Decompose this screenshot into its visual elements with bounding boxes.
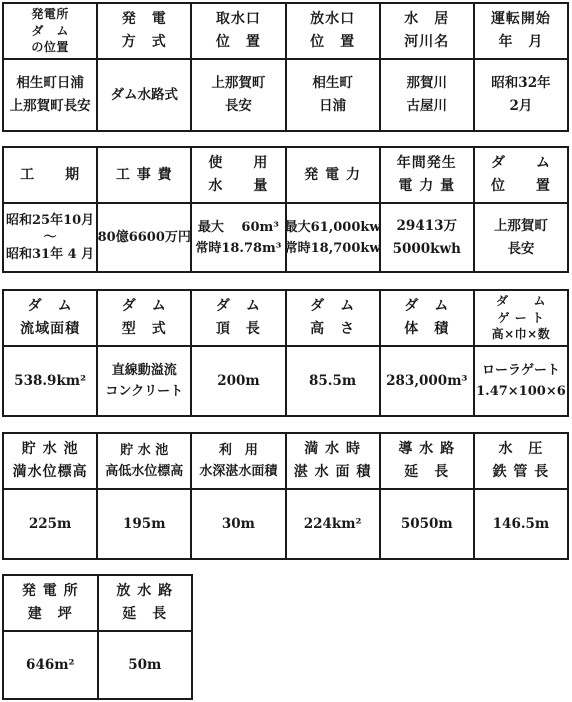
value-cell-dam-height: 85.5m bbox=[287, 347, 379, 415]
column: 水 圧鉄 管 長 146.5m bbox=[475, 434, 567, 558]
header-cell-intake-location: 取水口位 置 bbox=[192, 4, 284, 60]
column: 工 期 昭和25年10月〜昭和31年 4 月 bbox=[4, 148, 98, 271]
header-cell-headrace-length: 導 水 路延 長 bbox=[381, 434, 473, 490]
value-cell-construction-period: 昭和25年10月〜昭和31年 4 月 bbox=[4, 204, 96, 271]
header-cell-outlet-location: 放水口位 置 bbox=[287, 4, 379, 60]
value-cell-catchment-area: 538.9km² bbox=[4, 347, 96, 415]
column: 工 事 費 80億6600万円 bbox=[98, 148, 192, 271]
table-dam-specs: ダ ム流域面積 538.9km² ダ ム型 式 直線動溢流コンクリート ダ ム頂… bbox=[2, 289, 569, 417]
value-cell-dam-gate: ローラゲート1.47×100×6 bbox=[475, 347, 567, 415]
value-cell-dam-type: 直線動溢流コンクリート bbox=[98, 347, 190, 415]
value-cell-outlet-location: 相生町日浦 bbox=[287, 60, 379, 130]
header-cell-generation-method: 発 電方 式 bbox=[98, 4, 190, 60]
column: 使 用水 量 最大 60m³常時18.78m³ bbox=[192, 148, 286, 271]
column: 発 電 所建 坪 646m² bbox=[4, 576, 99, 698]
header-cell-crest-length: ダ ム頂 長 bbox=[192, 291, 284, 347]
header-cell-penstock-length: 水 圧鉄 管 長 bbox=[475, 434, 567, 490]
value-cell-operation-start: 昭和32年2月 bbox=[475, 60, 567, 130]
header-cell-full-water-level: 貯 水 池満水位標高 bbox=[4, 434, 96, 490]
column: 年間発生電 力 量 29413万5000kwh bbox=[381, 148, 475, 271]
value-cell-tailrace-length: 50m bbox=[99, 632, 192, 698]
value-cell-usable-depth: 30m bbox=[192, 490, 284, 558]
column: 利 用水深湛水面積 30m bbox=[192, 434, 286, 558]
header-cell-dam-type: ダ ム型 式 bbox=[98, 291, 190, 347]
header-cell-power-output: 発 電 力 bbox=[287, 148, 379, 204]
header-cell-construction-period: 工 期 bbox=[4, 148, 96, 204]
column: ダ ム体 積 283,000m³ bbox=[381, 291, 475, 415]
header-cell-annual-energy: 年間発生電 力 量 bbox=[381, 148, 473, 204]
value-cell-submerged-area: 224km² bbox=[287, 490, 379, 558]
table-powerhouse: 発 電 所建 坪 646m² 放 水 路延 長 50m bbox=[2, 574, 193, 700]
column: 運転開始年 月 昭和32年2月 bbox=[475, 4, 567, 130]
column: 取水口位 置 上那賀町長安 bbox=[192, 4, 286, 130]
value-cell-full-water-level: 225m bbox=[4, 490, 96, 558]
header-cell-low-water-level: 貯 水 池高低水位標高 bbox=[98, 434, 190, 490]
column: 発電所ダ ムの位置 相生町日浦上那賀町長安 bbox=[4, 4, 98, 130]
column: ダ ム位 置 上那賀町長安 bbox=[475, 148, 567, 271]
header-cell-dam-gate: ダ ムゲ ー ト高×巾×数 bbox=[475, 291, 567, 347]
table-plant-overview: 発電所ダ ムの位置 相生町日浦上那賀町長安 発 電方 式 ダム水路式 取水口位 … bbox=[2, 2, 569, 132]
header-cell-powerhouse-floor-area: 発 電 所建 坪 bbox=[4, 576, 97, 632]
column: 水 居河川名 那賀川古屋川 bbox=[381, 4, 475, 130]
value-cell-generation-method: ダム水路式 bbox=[98, 60, 190, 130]
column: ダ ム流域面積 538.9km² bbox=[4, 291, 98, 415]
column: ダ ム高 さ 85.5m bbox=[287, 291, 381, 415]
table-reservoir-waterway: 貯 水 池満水位標高 225m 貯 水 池高低水位標高 195m 利 用水深湛水… bbox=[2, 432, 569, 560]
header-cell-dam-volume: ダ ム体 積 bbox=[381, 291, 473, 347]
column: ダ ム頂 長 200m bbox=[192, 291, 286, 415]
value-cell-headrace-length: 5050m bbox=[381, 490, 473, 558]
column: 貯 水 池高低水位標高 195m bbox=[98, 434, 192, 558]
value-cell-water-usage: 最大 60m³常時18.78m³ bbox=[192, 204, 284, 271]
value-cell-low-water-level: 195m bbox=[98, 490, 190, 558]
column: ダ ムゲ ー ト高×巾×数 ローラゲート1.47×100×6 bbox=[475, 291, 567, 415]
value-cell-plant-dam-location: 相生町日浦上那賀町長安 bbox=[4, 60, 96, 130]
column: 発 電方 式 ダム水路式 bbox=[98, 4, 192, 130]
column: 導 水 路延 長 5050m bbox=[381, 434, 475, 558]
header-cell-plant-dam-location: 発電所ダ ムの位置 bbox=[4, 4, 96, 60]
value-cell-powerhouse-floor-area: 646m² bbox=[4, 632, 97, 698]
column: ダ ム型 式 直線動溢流コンクリート bbox=[98, 291, 192, 415]
header-cell-submerged-area: 満 水 時湛 水 面 積 bbox=[287, 434, 379, 490]
header-cell-water-usage: 使 用水 量 bbox=[192, 148, 284, 204]
header-cell-dam-height: ダ ム高 さ bbox=[287, 291, 379, 347]
header-cell-river-name: 水 居河川名 bbox=[381, 4, 473, 60]
header-cell-dam-location: ダ ム位 置 bbox=[475, 148, 567, 204]
column: 放水口位 置 相生町日浦 bbox=[287, 4, 381, 130]
value-cell-annual-energy: 29413万5000kwh bbox=[381, 204, 473, 271]
value-cell-dam-location: 上那賀町長安 bbox=[475, 204, 567, 271]
header-cell-catchment-area: ダ ム流域面積 bbox=[4, 291, 96, 347]
column: 貯 水 池満水位標高 225m bbox=[4, 434, 98, 558]
header-cell-operation-start: 運転開始年 月 bbox=[475, 4, 567, 60]
column: 発 電 力 最大61,000kw常時18,700kw bbox=[287, 148, 381, 271]
value-cell-river-name: 那賀川古屋川 bbox=[381, 60, 473, 130]
value-cell-penstock-length: 146.5m bbox=[475, 490, 567, 558]
header-cell-tailrace-length: 放 水 路延 長 bbox=[99, 576, 192, 632]
value-cell-dam-volume: 283,000m³ bbox=[381, 347, 473, 415]
header-cell-construction-cost: 工 事 費 bbox=[98, 148, 190, 204]
value-cell-construction-cost: 80億6600万円 bbox=[98, 204, 190, 271]
table-construction-power: 工 期 昭和25年10月〜昭和31年 4 月 工 事 費 80億6600万円 使… bbox=[2, 146, 569, 273]
header-cell-usable-depth: 利 用水深湛水面積 bbox=[192, 434, 284, 490]
column: 放 水 路延 長 50m bbox=[99, 576, 192, 698]
column: 満 水 時湛 水 面 積 224km² bbox=[287, 434, 381, 558]
value-cell-crest-length: 200m bbox=[192, 347, 284, 415]
value-cell-intake-location: 上那賀町長安 bbox=[192, 60, 284, 130]
value-cell-power-output: 最大61,000kw常時18,700kw bbox=[287, 204, 379, 271]
